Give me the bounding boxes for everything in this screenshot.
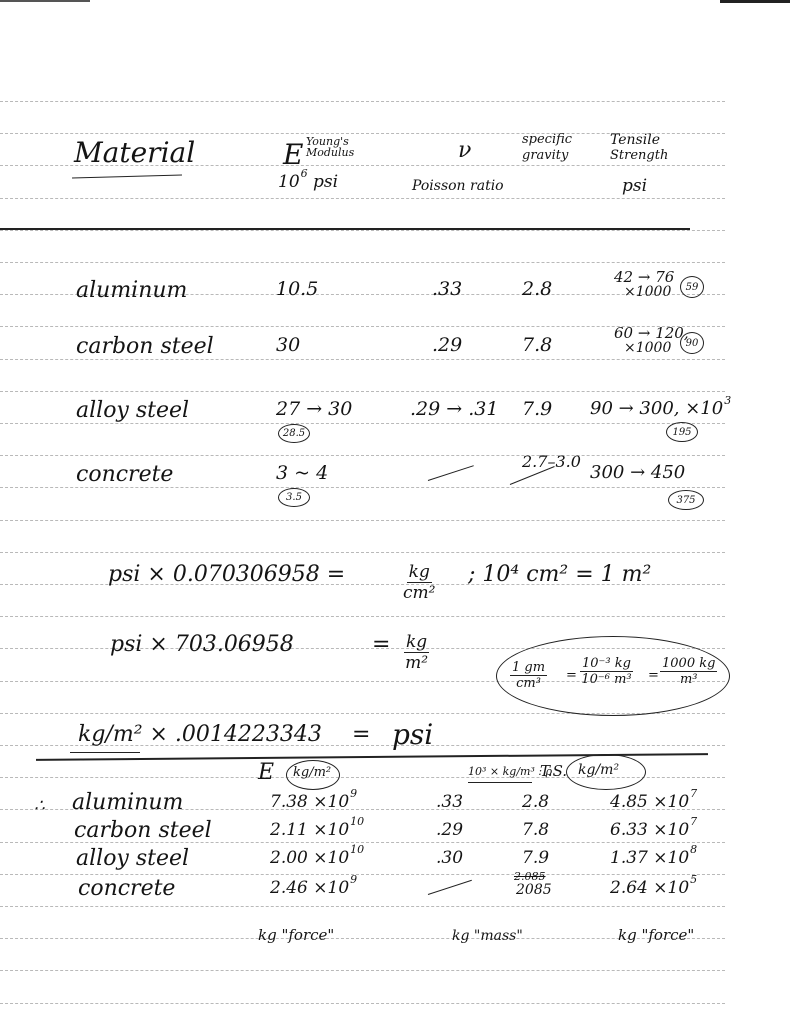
conversion-note-area: ; 10⁴ cm² = 1 m² xyxy=(468,562,651,587)
tensile-strength-kg-m2: 6.33 ×107 xyxy=(610,820,697,840)
t2-header-E: E xyxy=(258,760,274,785)
ruled-line xyxy=(0,906,725,907)
exponent: 9 xyxy=(350,787,357,800)
material-name: concrete xyxy=(76,462,173,487)
youngs-modulus-kg-m2: 7.38 ×109 xyxy=(270,792,357,812)
material-name: aluminum xyxy=(72,790,183,815)
material-name: alloy steel xyxy=(76,398,189,423)
density: 7.9 xyxy=(522,848,549,868)
ruled-line xyxy=(0,616,725,617)
conversion-line-3-eq: = xyxy=(352,722,370,747)
youngs-modulus-kg-m2: 2.46 ×109 xyxy=(270,878,357,898)
material-underline xyxy=(72,175,182,179)
exponent: 9 xyxy=(350,873,357,886)
exponent: 7 xyxy=(690,787,697,800)
footnote-ts: kg "force" xyxy=(618,926,694,944)
density-box-eq1: = xyxy=(566,668,577,683)
poisson-ratio: .29 xyxy=(432,334,462,356)
conversion-line-2: psi × 703.06958 xyxy=(110,632,294,657)
t2-header-E-unit: kg/m² xyxy=(293,765,331,780)
ruled-line xyxy=(0,520,725,521)
conversion-line-1: psi × 0.070306958 = xyxy=(108,562,345,587)
specific-gravity: 7.9 xyxy=(522,398,552,420)
ruled-line xyxy=(0,101,725,102)
tensile-strength-kg-m2: 1.37 ×108 xyxy=(610,848,697,868)
header-nu-desc: Poisson ratio xyxy=(412,178,504,194)
poisson-ratio-dash xyxy=(428,465,474,481)
header-E-unit: 106 psi xyxy=(278,172,338,192)
ruled-line xyxy=(0,970,725,971)
t2-header-ts-unit: kg/m² xyxy=(578,762,619,778)
exponent: 7 xyxy=(690,815,697,828)
t2-header-ts-label: T.S. xyxy=(540,762,567,780)
scan-edge-mark xyxy=(720,0,790,3)
density: 2.8 xyxy=(522,792,549,812)
youngs-modulus: 3 ~ 4 xyxy=(276,462,328,484)
density-box-term-3: 1000 kg m³ xyxy=(660,656,717,687)
poisson-ratio: .30 xyxy=(436,848,463,868)
exponent: 8 xyxy=(690,843,697,856)
header-nu: ν xyxy=(458,138,471,163)
exponent: 10 xyxy=(350,843,364,856)
tensile-strength-circled: 90 xyxy=(680,332,704,354)
ruled-line xyxy=(0,1003,725,1004)
density-box-term-2: 10⁻³ kg 10⁻⁶ m³ xyxy=(580,656,633,687)
ruled-line xyxy=(0,874,725,875)
exponent: 5 xyxy=(690,873,697,886)
youngs-modulus-kg-m2: 2.11 ×1010 xyxy=(270,820,364,840)
poisson-ratio: .33 xyxy=(432,278,462,300)
t2-header-sg-underline xyxy=(468,782,532,783)
poisson-ratio: .29 xyxy=(436,820,463,840)
ruled-line xyxy=(0,262,725,263)
material-name: concrete xyxy=(78,876,175,901)
ruled-line xyxy=(0,455,725,456)
density: 7.8 xyxy=(522,820,549,840)
exponent: 10 xyxy=(350,815,364,828)
specific-gravity: 7.8 xyxy=(522,334,552,356)
header-material: Material xyxy=(74,136,195,169)
ruled-line xyxy=(0,552,725,553)
poisson-ratio: .29 → .31 xyxy=(410,398,498,420)
tensile-strength-kg-m2: 2.64 ×105 xyxy=(610,878,697,898)
conversion-line-2-eq: = xyxy=(372,632,390,657)
conversion-line-2-unit: kg m² xyxy=(404,632,429,673)
youngs-modulus-kg-m2: 2.00 ×1010 xyxy=(270,848,364,868)
ruled-line xyxy=(0,938,725,939)
material-name: carbon steel xyxy=(74,818,212,843)
material-name: alloy steel xyxy=(76,846,189,871)
ruled-line xyxy=(0,423,725,424)
ruled-line xyxy=(0,487,725,488)
tensile-strength-multiplier: ×1000 xyxy=(624,340,671,356)
tensile-strength: 300 → 450 xyxy=(590,462,685,483)
ruled-line xyxy=(0,359,725,360)
density-box-term-1: 1 gm cm³ xyxy=(510,660,547,691)
notebook-page: Material E Young's Modulus 106 psi ν Poi… xyxy=(0,0,790,1024)
header-ts-line1: Tensile xyxy=(610,132,660,148)
youngs-modulus: 27 → 30 xyxy=(276,398,352,420)
tensile-strength: 90 → 300, ×103 xyxy=(590,398,731,419)
exponent: 3 xyxy=(724,394,731,407)
tensile-strength-circled: 195 xyxy=(666,422,698,442)
youngs-modulus-circled: 28.5 xyxy=(278,424,310,443)
tensile-strength-circled: 375 xyxy=(668,490,704,510)
scan-edge-mark xyxy=(0,0,90,2)
tensile-strength-kg-m2: 4.85 ×107 xyxy=(610,792,697,812)
ruled-line xyxy=(0,391,725,392)
header-ts-unit: psi xyxy=(622,176,647,196)
kg-m2-underline xyxy=(70,752,140,753)
header-divider xyxy=(0,228,690,230)
header-sg-line2: gravity xyxy=(522,148,568,163)
footnote-E: kg "force" xyxy=(258,926,334,944)
youngs-modulus: 30 xyxy=(276,334,300,356)
ruled-line xyxy=(0,198,725,199)
therefore-mark: ∴ xyxy=(34,796,45,816)
tensile-strength-multiplier: ×1000 xyxy=(624,284,671,300)
specific-gravity: 2.8 xyxy=(522,278,552,300)
tensile-strength-circled: 59 xyxy=(680,276,704,298)
header-E-desc: Young's Modulus xyxy=(306,136,358,158)
density-box-eq2: = xyxy=(648,668,659,683)
header-sg-line1: specific xyxy=(522,132,572,147)
youngs-modulus: 10.5 xyxy=(276,278,318,300)
material-name: aluminum xyxy=(76,278,187,303)
poisson-ratio: .33 xyxy=(436,792,463,812)
density: 2085 xyxy=(516,882,552,898)
youngs-modulus-circled: 3.5 xyxy=(278,488,310,507)
ruled-line xyxy=(0,230,725,231)
header-ts-line2: Strength xyxy=(610,148,668,163)
footnote-sg: kg "mass" xyxy=(452,928,523,944)
conversion-line-3-rhs: psi xyxy=(392,718,433,751)
material-name: carbon steel xyxy=(76,334,214,359)
conversion-line-3: kg/m² × .0014223343 xyxy=(78,722,322,747)
poisson-ratio-dash xyxy=(428,880,472,895)
conversion-line-1-unit: kg cm² xyxy=(403,562,435,603)
